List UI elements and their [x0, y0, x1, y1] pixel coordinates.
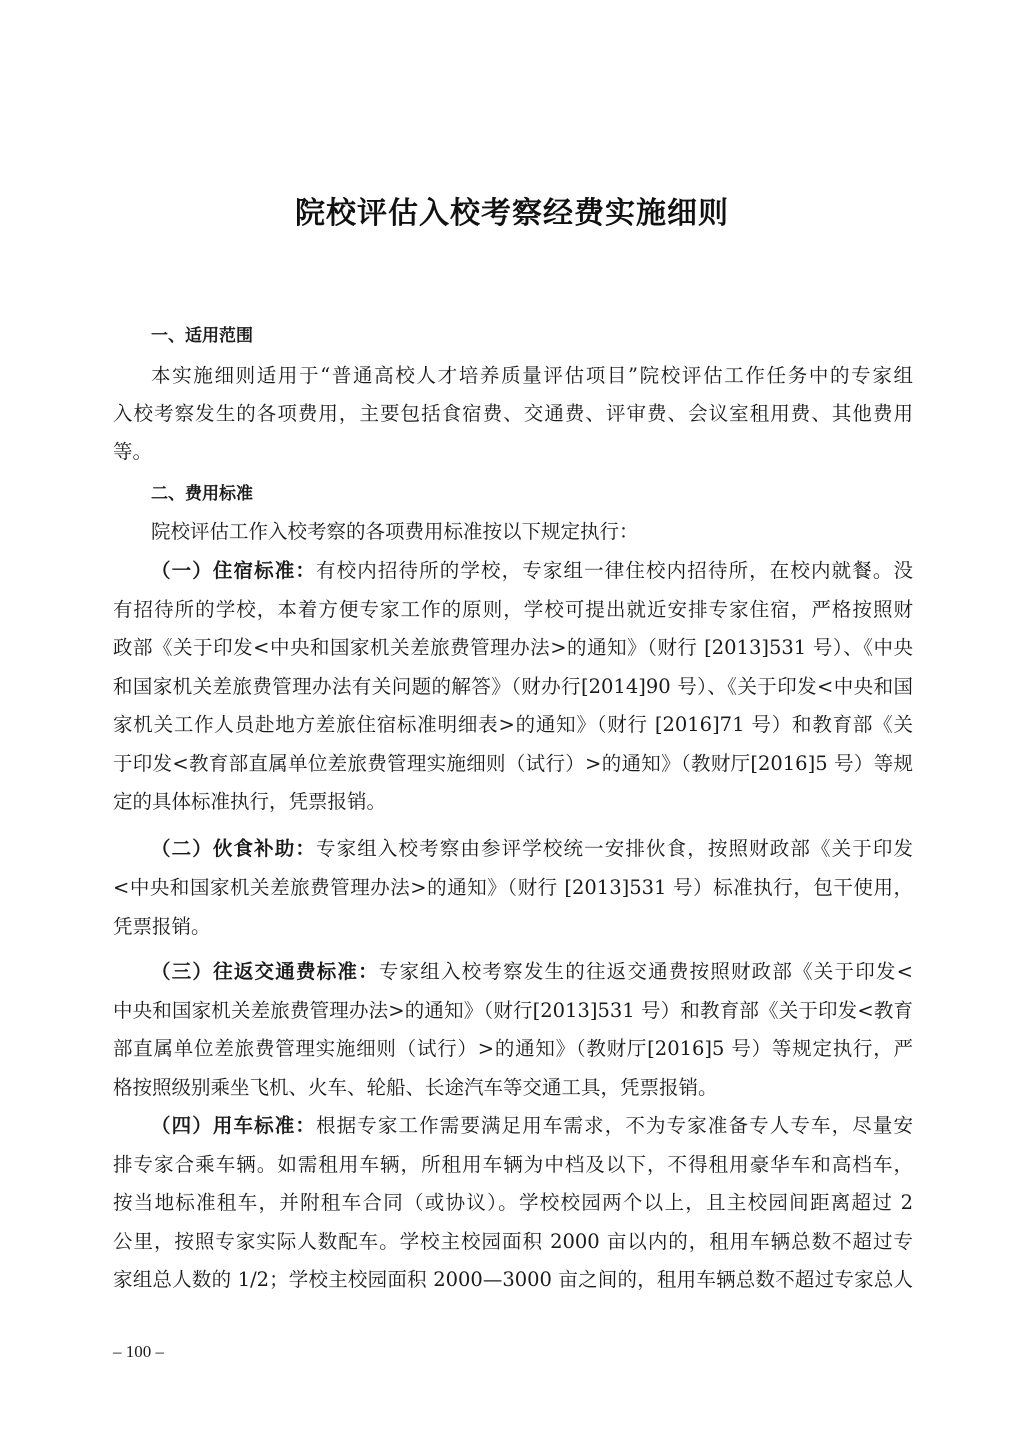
paragraph-line: 入校考察发生的各项费用，主要包括食宿费、交通费、评审费、会议室租用费、其他费用 — [113, 400, 913, 428]
paragraph-line: 于印发<教育部直属单位差旅费管理实施细则（试行）>的通知》（教财厅[2016]5… — [113, 750, 913, 778]
paragraph-line: 按当地标准租车，并附租车合同（或协议）。学校校园两个以上，且主校园间距离超过 2 — [113, 1189, 913, 1217]
paragraph-line: 定的具体标准执行，凭票报销。 — [113, 788, 913, 816]
paragraph-line: 本实施细则适用于“普通高校人才培养质量评估项目”院校评估工作任务中的专家组 — [151, 362, 913, 390]
page-number: – 100 – — [113, 1342, 164, 1362]
paragraph-line: 公里，按照专家实际人数配车。学校主校园面积 2000 亩以内的，租用车辆总数不超… — [113, 1228, 913, 1256]
item-vehicle-first-line: （四）用车标准：根据专家工作需要满足用车需求，不为专家准备专人专车，尽量安 — [151, 1112, 913, 1140]
paragraph-line: 部直属单位差旅费管理实施细则（试行）>的通知》（教财厅[2016]5 号）等规定… — [113, 1035, 913, 1063]
paragraph-line: 家组总人数的 1/2；学校主校园面积 2000—3000 亩之间的，租用车辆总数… — [113, 1266, 913, 1294]
paragraph-line: 排专家合乘车辆。如需租用车辆，所租用车辆为中档及以下，不得租用豪华车和高档车， — [113, 1151, 913, 1179]
paragraph-line: 有招待所的学校，本着方便专家工作的原则，学校可提出就近安排专家住宿，严格按照财 — [113, 596, 913, 624]
section-heading-standards: 二、费用标准 — [151, 480, 913, 508]
item-lodging-first-line: （一）住宿标准：有校内招待所的学校，专家组一律住校内招待所，在校内就餐。没 — [151, 557, 913, 585]
item-label: （三）往返交通费标准： — [151, 960, 379, 983]
paragraph-line: 政部《关于印发<中央和国家机关差旅费管理办法>的通知》（财行 [2013]531… — [113, 634, 913, 662]
item-label: （二）伙食补助： — [151, 837, 316, 860]
paragraph-line: 中央和国家机关差旅费管理办法>的通知》（财行[2013]531 号）和教育部《关… — [113, 997, 913, 1025]
paragraph-line: 家机关工作人员赴地方差旅住宿标准明细表>的通知》（财行 [2016]71 号）和… — [113, 711, 913, 739]
item-transport-first-line: （三）往返交通费标准：专家组入校考察发生的往返交通费按照财政部《关于印发< — [151, 958, 913, 986]
item-label: （四）用车标准： — [151, 1114, 316, 1137]
paragraph-line: <中央和国家机关差旅费管理办法>的通知》（财行 [2013]531 号）标准执行… — [113, 874, 913, 902]
section-heading-scope: 一、适用范围 — [151, 322, 913, 350]
paragraph-line: 凭票报销。 — [113, 913, 913, 941]
paragraph-line: 院校评估工作入校考察的各项费用标准按以下规定执行： — [151, 518, 913, 546]
paragraph-line: 格按照级别乘坐飞机、火车、轮船、长途汽车等交通工具，凭票报销。 — [113, 1074, 913, 1102]
document-title: 院校评估入校考察经费实施细则 — [0, 188, 1024, 232]
item-label: （一）住宿标准： — [151, 559, 316, 582]
item-meals-first-line: （二）伙食补助：专家组入校考察由参评学校统一安排伙食，按照财政部《关于印发 — [151, 835, 913, 863]
paragraph-line: 和国家机关差旅费管理办法有关问题的解答》（财办行[2014]90 号）、《关于印… — [113, 673, 913, 701]
paragraph-line: 等。 — [113, 438, 913, 466]
